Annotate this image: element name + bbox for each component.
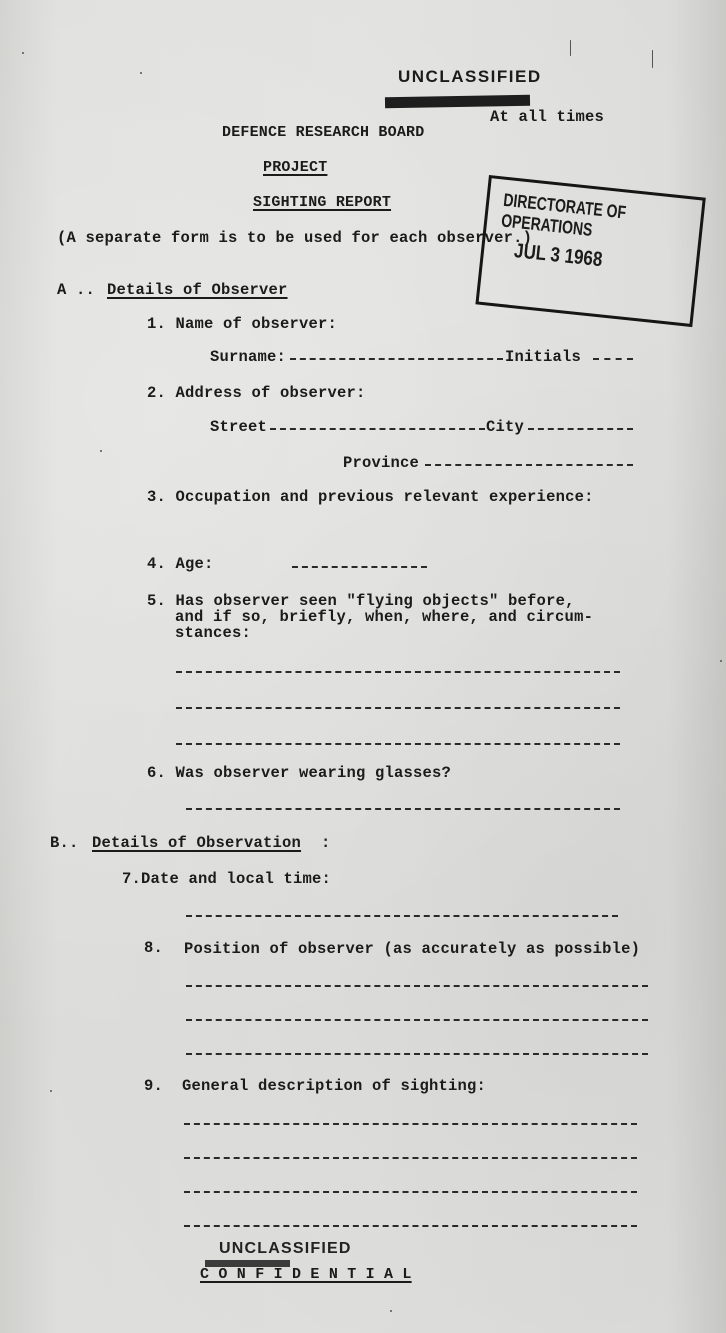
description-line-1[interactable] [184,1123,637,1125]
q5-answer-line-3[interactable] [176,743,620,745]
q2-label: 2. Address of observer: [147,384,366,402]
section-b-title: Details of Observation [92,834,301,852]
project-label: PROJECT [263,159,385,176]
speck [652,50,653,68]
city-field[interactable] [528,428,633,430]
speck [22,52,24,54]
description-line-2[interactable] [184,1157,637,1159]
instruction-text: (A separate form is to be used for each … [57,229,532,247]
speck [570,40,571,56]
description-line-3[interactable] [184,1191,637,1193]
section-b-colon: : [321,834,331,852]
surname-field[interactable] [290,358,503,360]
old-classification: C O N F I D E N T I A L [200,1266,412,1283]
section-a-title: Details of Observer [107,281,288,299]
q8-number: 8. [144,939,163,957]
q8-label: Position of observer (as accurately as p… [184,940,640,958]
speck [390,1310,392,1312]
redaction-bar [385,95,530,109]
q9-label: General description of sighting: [182,1077,486,1095]
q5-line2: and if so, briefly, when, where, and cir… [175,609,593,625]
position-line-1[interactable] [186,985,648,987]
q9-number: 9. [144,1077,163,1095]
surname-label: Surname: [210,348,286,366]
q5-answer-line-1[interactable] [176,671,620,673]
speck [100,450,102,452]
q5-line1: 5. Has observer seen "flying objects" be… [147,593,575,609]
date-time-field[interactable] [186,915,618,917]
q5-answer-line-2[interactable] [176,707,620,709]
section-a-prefix: A .. [57,281,95,299]
province-label: Province [343,454,419,472]
initials-label: Initials [505,348,581,366]
province-field[interactable] [425,464,633,466]
city-label: City [486,418,524,436]
glasses-field[interactable] [186,808,620,810]
initials-field[interactable] [593,358,633,360]
classification-top: UNCLASSIFIED [398,67,542,87]
section-b-prefix: B.. [50,834,79,852]
form-title: SIGHTING REPORT [253,194,391,211]
q6-label: 6. Was observer wearing glasses? [147,764,451,782]
q7-label: 7.Date and local time: [122,870,331,888]
age-field[interactable] [292,566,427,568]
speck [140,72,142,74]
classification-bottom: UNCLASSIFIED [219,1240,352,1258]
speck [720,660,722,662]
q4-label: 4. Age: [147,555,214,573]
q1-label: 1. Name of observer: [147,315,337,333]
position-line-2[interactable] [186,1019,648,1021]
street-label: Street [210,418,267,436]
q5-line3: stances: [175,625,251,641]
speck [50,1090,52,1092]
stamp-date: JUL 3 1968 [513,239,604,272]
street-field[interactable] [270,428,485,430]
q3-label: 3. Occupation and previous relevant expe… [147,488,594,506]
position-line-3[interactable] [186,1053,648,1055]
handling-note: At all times [490,108,604,126]
organization-title: DEFENCE RESEARCH BOARD [222,124,424,141]
directorate-stamp: DIRECTORATE OF OPERATIONS JUL 3 1968 [475,175,705,327]
description-line-4[interactable] [184,1225,637,1227]
